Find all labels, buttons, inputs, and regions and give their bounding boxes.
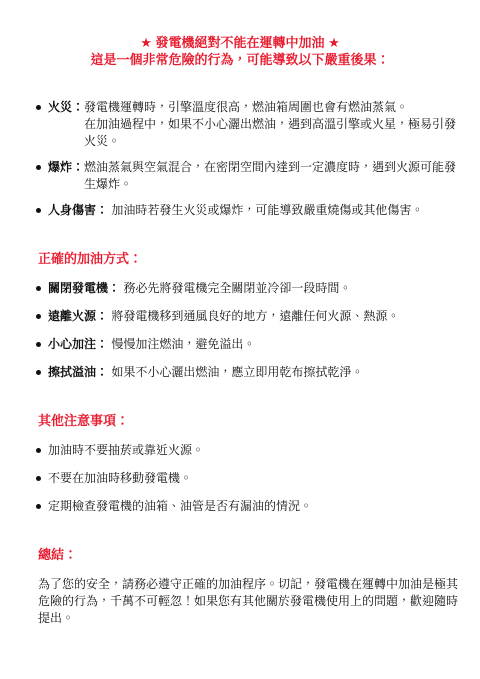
bullet-text: 發電機運轉時，引擎溫度很高，燃油箱周圍也會有燃油蒸氣。 在加油過程中，如果不小心…: [84, 99, 456, 150]
bullet-text: 加油時若發生火災或爆炸，可能導致嚴重燒傷或其他傷害。: [111, 202, 423, 219]
bullet-label: 人身傷害：: [48, 202, 111, 219]
bullet-text: 務必先將發電機完全關閉並冷卻一段時間。: [123, 280, 351, 297]
list-item: 小心加注： 慢慢加注燃油，避免溢出。: [36, 336, 462, 353]
bullet-text: 燃油蒸氣與空氣混合，在密閉空間內達到一定濃度時，遇到火源可能發 生爆炸。: [84, 159, 456, 193]
bullet-dot-icon: [36, 342, 41, 347]
list-item: 定期檢查發電機的油箱、油管是否有漏油的情況。: [36, 498, 462, 515]
bullet-text: 如果不小心灑出燃油，應立即用乾布擦拭乾淨。: [111, 364, 363, 381]
bullet-text: 慢慢加注燃油，避免溢出。: [111, 336, 255, 353]
bullet-label: 遠離火源：: [48, 308, 111, 325]
bullet-text: 定期檢查發電機的油箱、油管是否有漏油的情況。: [48, 498, 312, 515]
bullet-label: 小心加注：: [48, 336, 111, 353]
list-item: 關閉發電機： 務必先將發電機完全關閉並冷卻一段時間。: [36, 280, 462, 297]
correct-method-list: 關閉發電機： 務必先將發電機完全關閉並冷卻一段時間。遠離火源： 將發電機移到通風…: [36, 280, 462, 381]
warning-consequences-list: 火災：發電機運轉時，引擎溫度很高，燃油箱周圍也會有燃油蒸氣。 在加油過程中，如果…: [36, 99, 462, 219]
bullet-label: 擦拭溢油：: [48, 364, 111, 381]
bullet-text: 加油時不要抽菸或靠近火源。: [48, 442, 204, 459]
bullet-label: 火災：: [48, 99, 84, 116]
bullet-dot-icon: [36, 504, 41, 509]
section-heading-other-notes: 其他注意事項：: [38, 412, 460, 429]
list-item: 不要在加油時移動發電機。: [36, 470, 462, 487]
bullet-text: 將發電機移到通風良好的地方，遠離任何火源、熱源。: [111, 308, 399, 325]
list-item: 遠離火源： 將發電機移到通風良好的地方，遠離任何火源、熱源。: [36, 308, 462, 325]
bullet-dot-icon: [36, 105, 41, 110]
bullet-dot-icon: [36, 476, 41, 481]
title-line-1: ★ 發電機絕對不能在運轉中加油 ★: [20, 34, 460, 51]
summary-paragraph: 為了您的安全，請務必遵守正確的加油程序。切記，發電機在運轉中加油是極其 危險的行…: [38, 576, 462, 627]
bullet-dot-icon: [36, 314, 41, 319]
bullet-label: 關閉發電機：: [48, 280, 123, 297]
section-heading-summary: 總結：: [38, 546, 460, 563]
bullet-text: 不要在加油時移動發電機。: [48, 470, 192, 487]
list-item: 人身傷害： 加油時若發生火災或爆炸，可能導致嚴重燒傷或其他傷害。: [36, 202, 462, 219]
document-title: ★ 發電機絕對不能在運轉中加油 ★ 這是一個非常危險的行為，可能導致以下嚴重後果…: [20, 34, 460, 68]
list-item: 爆炸：燃油蒸氣與空氣混合，在密閉空間內達到一定濃度時，遇到火源可能發 生爆炸。: [36, 159, 462, 193]
bullet-dot-icon: [36, 448, 41, 453]
bullet-dot-icon: [36, 165, 41, 170]
bullet-dot-icon: [36, 208, 41, 213]
bullet-dot-icon: [36, 370, 41, 375]
list-item: 火災：發電機運轉時，引擎溫度很高，燃油箱周圍也會有燃油蒸氣。 在加油過程中，如果…: [36, 99, 462, 150]
section-heading-correct-method: 正確的加油方式：: [38, 250, 460, 267]
title-line-2: 這是一個非常危險的行為，可能導致以下嚴重後果：: [20, 51, 460, 68]
list-item: 加油時不要抽菸或靠近火源。: [36, 442, 462, 459]
list-item: 擦拭溢油： 如果不小心灑出燃油，應立即用乾布擦拭乾淨。: [36, 364, 462, 381]
other-notes-list: 加油時不要抽菸或靠近火源。不要在加油時移動發電機。定期檢查發電機的油箱、油管是否…: [36, 442, 462, 515]
bullet-label: 爆炸：: [48, 159, 84, 176]
bullet-dot-icon: [36, 286, 41, 291]
document-page: ★ 發電機絕對不能在運轉中加油 ★ 這是一個非常危險的行為，可能導致以下嚴重後果…: [0, 0, 480, 679]
